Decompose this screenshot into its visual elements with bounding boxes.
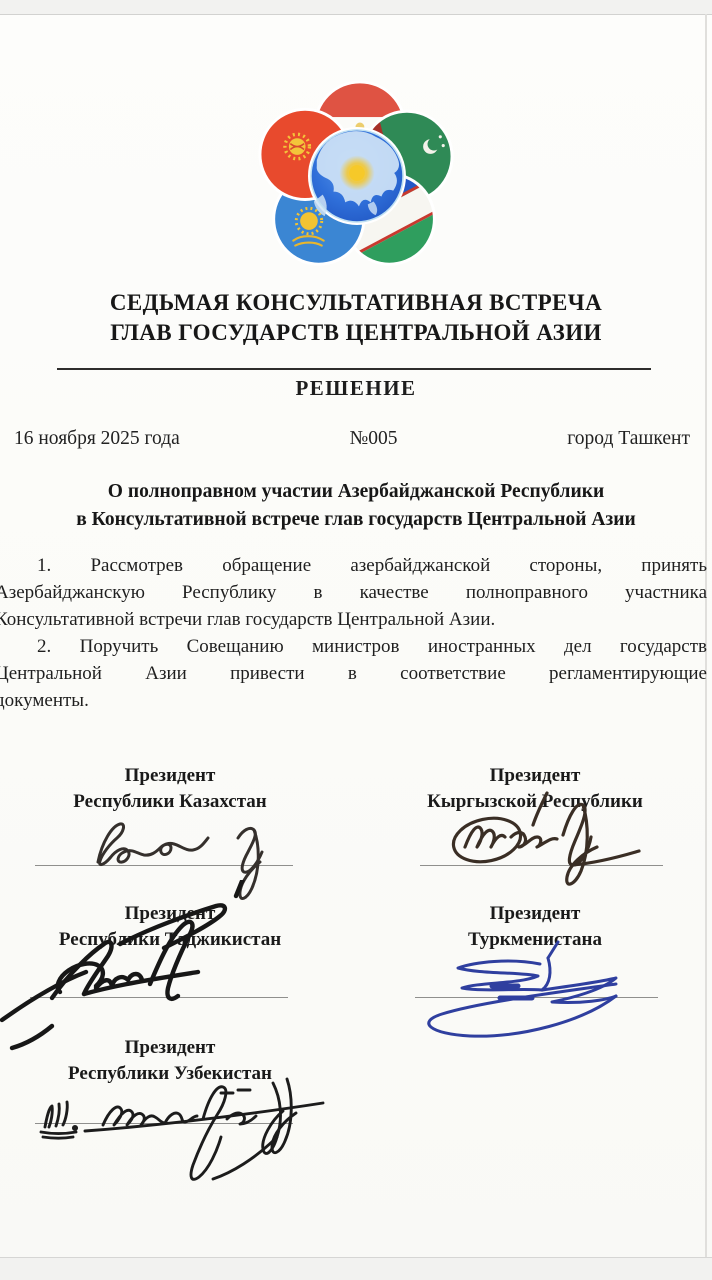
subject-heading: О полноправном участии Азербайджанской Р… bbox=[0, 478, 712, 534]
subject-line1: О полноправном участии Азербайджанской Р… bbox=[0, 478, 712, 506]
meeting-title-line2: ГЛАВ ГОСУДАРСТВ ЦЕНТРАЛЬНОЙ АЗИИ bbox=[0, 318, 712, 348]
header-divider bbox=[57, 368, 651, 370]
meeting-title: СЕДЬМАЯ КОНСУЛЬТАТИВНАЯ ВСТРЕЧА ГЛАВ ГОС… bbox=[0, 288, 712, 348]
signature-uzbekistan-icon bbox=[25, 1075, 355, 1225]
document-date: 16 ноября 2025 года bbox=[14, 428, 180, 450]
decision-document: СЕДЬМАЯ КОНСУЛЬТАТИВНАЯ ВСТРЕЧА ГЛАВ ГОС… bbox=[0, 0, 712, 1280]
body-line: Азербайджанскую Республику в качестве по… bbox=[0, 579, 707, 606]
meta-row: 16 ноября 2025 года №005 город Ташкент bbox=[14, 428, 690, 450]
meeting-title-line1: СЕДЬМАЯ КОНСУЛЬТАТИВНАЯ ВСТРЕЧА bbox=[0, 288, 712, 318]
subject-line2: в Консультативной встрече глав государст… bbox=[0, 506, 712, 534]
signature-kyrgyzstan-icon bbox=[415, 785, 675, 905]
body-line: Консультативной встречи глав государств … bbox=[0, 606, 707, 633]
document-number: №005 bbox=[350, 428, 398, 450]
screen-top-strip bbox=[0, 0, 712, 15]
document-type: РЕШЕНИЕ bbox=[0, 376, 712, 401]
signature-turkmenistan-icon bbox=[400, 930, 680, 1050]
document-body: 1. Рассмотрев обращение азербайджанской … bbox=[0, 552, 707, 714]
body-line: 1. Рассмотрев обращение азербайджанской … bbox=[0, 552, 707, 579]
body-line: документы. bbox=[0, 687, 707, 714]
central-asia-summit-emblem-icon bbox=[258, 76, 454, 272]
signature-tajikistan-icon bbox=[0, 880, 262, 1052]
body-line: Центральной Азии привести в соответствие… bbox=[0, 660, 707, 687]
document-place: город Ташкент bbox=[567, 428, 690, 450]
screen-bottom-strip bbox=[0, 1257, 712, 1280]
body-line: 2. Поручить Совещанию министров иностран… bbox=[0, 633, 707, 660]
